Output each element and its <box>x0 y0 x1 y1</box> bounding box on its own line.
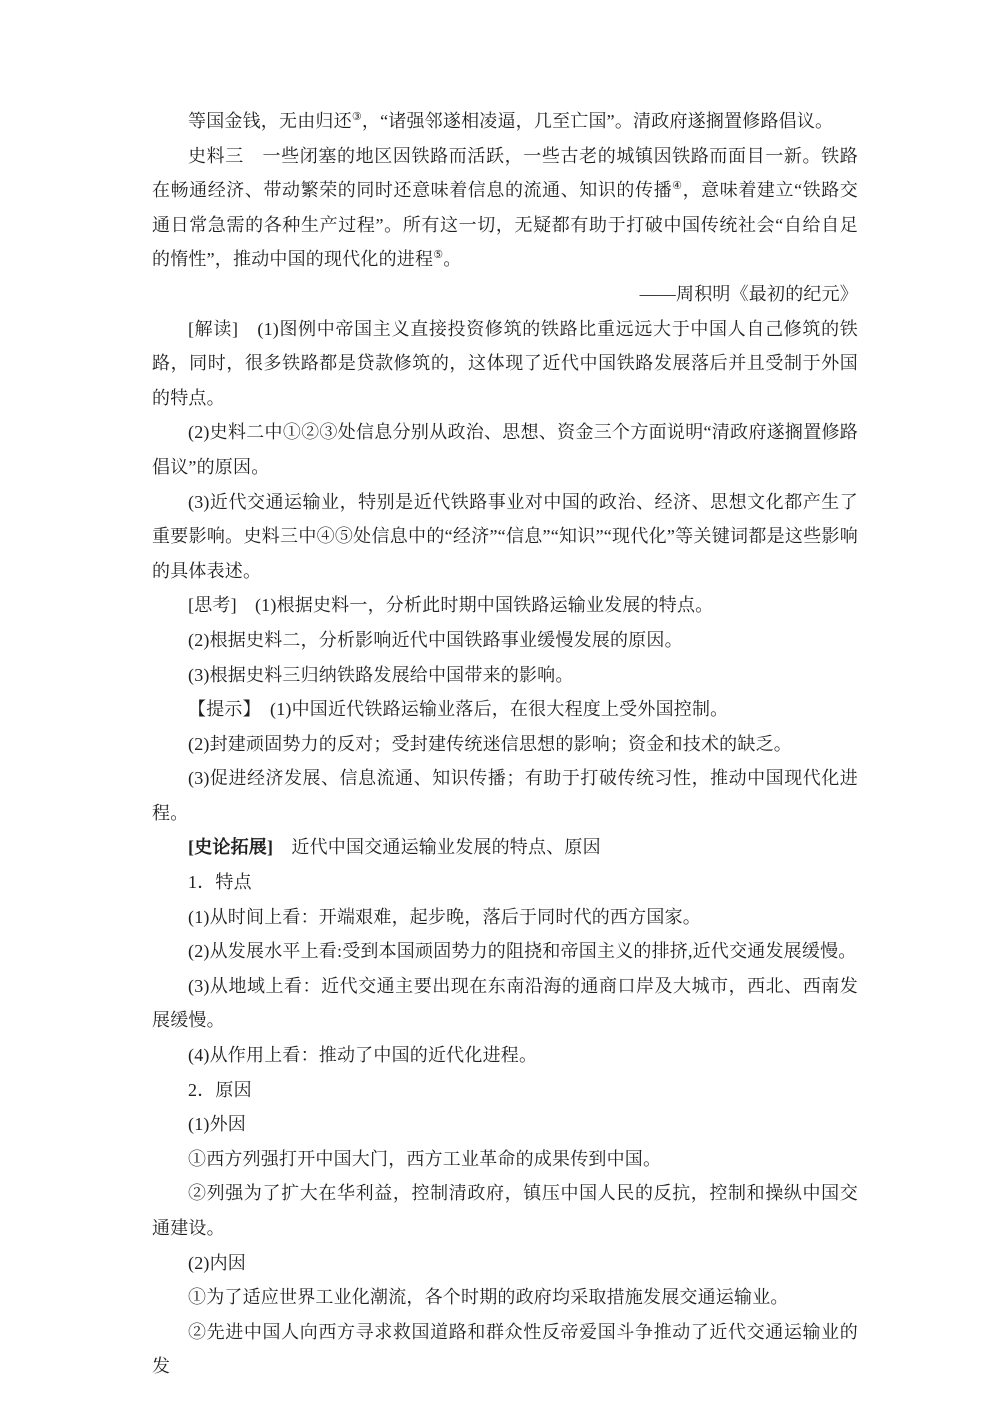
text-segment: ，“诸强邻遂相凌逼，几至亡国”。清政府遂搁置修路倡议。 <box>362 111 833 131</box>
superscript-note-ref: ④ <box>672 180 682 192</box>
text-segment: (3)近代交通运输业，特别是近代铁路事业对中国的政治、经济、思想文化都产生了重要… <box>152 492 858 581</box>
document-page: 等国金钱，无由归还③，“诸强邻遂相凌逼，几至亡国”。清政府遂搁置修路倡议。史料三… <box>0 0 1000 1414</box>
heading-neiyin: (2)内因 <box>152 1246 858 1281</box>
paragraph-waiyin-1: ①西方列强打开中国大门，西方工业革命的成果传到中国。 <box>152 1142 858 1177</box>
paragraph-jiedu-2: (2)史料二中①②③处信息分别从政治、思想、资金三个方面说明“清政府遂搁置修路倡… <box>152 415 858 484</box>
paragraph-tishi-2: (2)封建顽固势力的反对；受封建传统迷信思想的影响；资金和技术的缺乏。 <box>152 727 858 762</box>
text-segment: [史论拓展] <box>188 837 273 857</box>
document-body: 等国金钱，无由归还③，“诸强邻遂相凌逼，几至亡国”。清政府遂搁置修路倡议。史料三… <box>152 104 858 1384</box>
text-segment: (3)根据史料三归纳铁路发展给中国带来的影响。 <box>188 665 574 685</box>
superscript-note-ref: ③ <box>352 111 362 123</box>
paragraph-tedian-2: (2)从发展水平上看:受到本国顽固势力的阻挠和帝国主义的排挤,近代交通发展缓慢。 <box>152 934 858 969</box>
text-segment: 近代中国交通运输业发展的特点、原因 <box>273 837 601 857</box>
text-segment: [思考] (1)根据史料一，分析此时期中国铁路运输业发展的特点。 <box>188 595 713 615</box>
text-segment: [解读] (1)图例中帝国主义直接投资修筑的铁路比重远远大于中国人自己修筑的铁路… <box>152 319 858 408</box>
text-segment: ②列强为了扩大在华利益，控制清政府，镇压中国人民的反抗，控制和操纵中国交通建设。 <box>152 1183 858 1238</box>
paragraph-jiedu-3: (3)近代交通运输业，特别是近代铁路事业对中国的政治、经济、思想文化都产生了重要… <box>152 485 858 589</box>
text-segment: ——周积明《最初的纪元》 <box>640 284 858 304</box>
text-segment: (3)促进经济发展、信息流通、知识传播；有助于打破传统习性，推动中国现代化进程。 <box>152 768 858 823</box>
paragraph-shiliao-san: 史料三 一些闭塞的地区因铁路而活跃，一些古老的城镇因铁路而面目一新。铁路在畅通经… <box>152 139 858 277</box>
text-segment: (3)从地域上看：近代交通主要出现在东南沿海的通商口岸及大城市，西北、西南发展缓… <box>152 976 858 1031</box>
paragraph-tishi-1: 【提示】 (1)中国近代铁路运输业落后，在很大程度上受外国控制。 <box>152 692 858 727</box>
heading-tedian: 1．特点 <box>152 865 858 900</box>
paragraph-tedian-3: (3)从地域上看：近代交通主要出现在东南沿海的通商口岸及大城市，西北、西南发展缓… <box>152 969 858 1038</box>
text-segment: (2)史料二中①②③处信息分别从政治、思想、资金三个方面说明“清政府遂搁置修路倡… <box>152 422 858 477</box>
heading-waiyin: (1)外因 <box>152 1107 858 1142</box>
text-segment: 。 <box>443 249 461 269</box>
paragraph-jiedu-1: [解读] (1)图例中帝国主义直接投资修筑的铁路比重远远大于中国人自己修筑的铁路… <box>152 312 858 416</box>
superscript-note-ref: ⑤ <box>433 249 443 261</box>
paragraph-neiyin-2: ②先进中国人向西方寻求救国道路和群众性反帝爱国斗争推动了近代交通运输业的发 <box>152 1315 858 1384</box>
text-segment: (1)外因 <box>188 1114 246 1134</box>
text-segment: (2)根据史料二，分析影响近代中国铁路事业缓慢发展的原因。 <box>188 630 683 650</box>
paragraph-tishi-3: (3)促进经济发展、信息流通、知识传播；有助于打破传统习性，推动中国现代化进程。 <box>152 761 858 830</box>
text-segment: (2)从发展水平上看:受到本国顽固势力的阻挠和帝国主义的排挤,近代交通发展缓慢。 <box>188 941 857 961</box>
text-segment: ①为了适应世界工业化潮流，各个时期的政府均采取措施发展交通运输业。 <box>188 1287 789 1307</box>
paragraph-neiyin-1: ①为了适应世界工业化潮流，各个时期的政府均采取措施发展交通运输业。 <box>152 1280 858 1315</box>
text-segment: ①西方列强打开中国大门，西方工业革命的成果传到中国。 <box>188 1149 661 1169</box>
attribution-source: ——周积明《最初的纪元》 <box>152 277 858 312</box>
text-segment: 【提示】 (1)中国近代铁路运输业落后，在很大程度上受外国控制。 <box>188 699 728 719</box>
heading-shilun-tuozhan: [史论拓展] 近代中国交通运输业发展的特点、原因 <box>152 830 858 865</box>
paragraph-tedian-4: (4)从作用上看：推动了中国的近代化进程。 <box>152 1038 858 1073</box>
text-segment: (2)内因 <box>188 1253 246 1273</box>
text-segment: (4)从作用上看：推动了中国的近代化进程。 <box>188 1045 537 1065</box>
paragraph-sikao-3: (3)根据史料三归纳铁路发展给中国带来的影响。 <box>152 658 858 693</box>
paragraph-sikao-2: (2)根据史料二，分析影响近代中国铁路事业缓慢发展的原因。 <box>152 623 858 658</box>
text-segment: ②先进中国人向西方寻求救国道路和群众性反帝爱国斗争推动了近代交通运输业的发 <box>152 1322 858 1377</box>
text-segment: (2)封建顽固势力的反对；受封建传统迷信思想的影响；资金和技术的缺乏。 <box>188 734 792 754</box>
heading-yuanyin: 2．原因 <box>152 1073 858 1108</box>
text-segment: (1)从时间上看：开端艰难，起步晚，落后于同时代的西方国家。 <box>188 907 701 927</box>
paragraph-sikao-1: [思考] (1)根据史料一，分析此时期中国铁路运输业发展的特点。 <box>152 588 858 623</box>
paragraph-tedian-1: (1)从时间上看：开端艰难，起步晚，落后于同时代的西方国家。 <box>152 900 858 935</box>
text-segment: 等国金钱，无由归还 <box>188 111 352 131</box>
text-segment: 2．原因 <box>188 1080 252 1100</box>
paragraph-waiyin-2: ②列强为了扩大在华利益，控制清政府，镇压中国人民的反抗，控制和操纵中国交通建设。 <box>152 1176 858 1245</box>
text-segment: 1．特点 <box>188 872 252 892</box>
paragraph-guojin: 等国金钱，无由归还③，“诸强邻遂相凌逼，几至亡国”。清政府遂搁置修路倡议。 <box>152 104 858 139</box>
